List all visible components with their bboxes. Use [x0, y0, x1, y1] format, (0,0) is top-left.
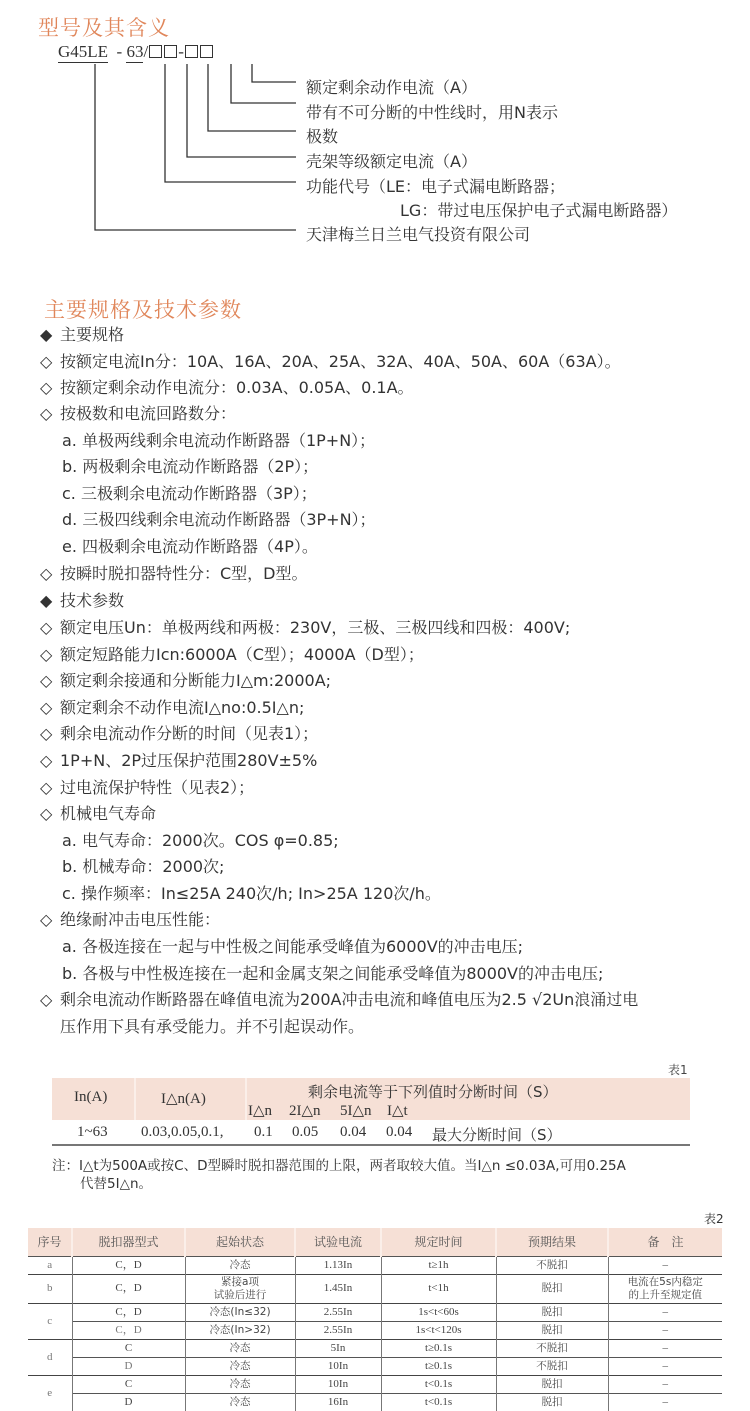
open-diamond-icon: ◇ — [40, 698, 60, 718]
tech-param-item: ◇额定剩余不动作电流I△no:0.5I△n; — [40, 698, 304, 718]
table1-header-idn: I△n(A) — [161, 1089, 206, 1108]
surge-item: ◇剩余电流动作断路器在峰值电流为200A冲击电流和峰值电压为2.5 √2Un浪涌… — [40, 990, 638, 1010]
cell-state: 冷态(In>32) — [185, 1321, 295, 1339]
table2-header: 序号 — [28, 1228, 72, 1256]
cell-time: t<1h — [381, 1274, 496, 1303]
cell-type: C，D — [72, 1256, 185, 1274]
table1-cell-value: 0.04 — [340, 1124, 366, 1141]
table1-cell-desc: 最大分断时间（S） — [432, 1124, 562, 1145]
cell-current: 2.55In — [295, 1321, 381, 1339]
table1-sub-header: I△t — [387, 1101, 408, 1120]
leader-line-neutral — [231, 64, 296, 103]
table1-bottom-rule — [52, 1144, 690, 1146]
table-row: c C，D 冷态(In≤32) 2.55In 1s<t<60s 脱扣 – — [28, 1303, 722, 1321]
cell-state: 紧接a项 试验后进行 — [185, 1274, 295, 1303]
table1-sub-header: I△n — [248, 1101, 272, 1120]
open-diamond-icon: ◇ — [40, 618, 60, 638]
life-item: b. 机械寿命：2000次; — [62, 857, 224, 877]
tech-param-item: ◇1P+N、2P过压保护范围280V±5% — [40, 751, 317, 771]
cell-result: 脱扣 — [496, 1274, 608, 1303]
open-diamond-icon: ◇ — [40, 751, 60, 771]
cell-state: 冷态 — [185, 1357, 295, 1375]
open-diamond-icon: ◇ — [40, 724, 60, 744]
cell-time: t<0.1s — [381, 1375, 496, 1393]
cell-current: 5In — [295, 1339, 381, 1357]
table-row: a C，D 冷态 1.13In t≥1h 不脱扣 – — [28, 1256, 722, 1274]
cell-type: D — [72, 1357, 185, 1375]
cell-time: t≥0.1s — [381, 1357, 496, 1375]
open-diamond-icon: ◇ — [40, 564, 60, 584]
table1-header-span: 剩余电流等于下列值时分断时间（S） — [308, 1081, 558, 1102]
table-row: d C 冷态 5In t≥0.1s 不脱扣 – — [28, 1339, 722, 1357]
table1-cell-value: 0.05 — [292, 1124, 318, 1141]
tech-param-item: ◇额定短路能力Icn:6000A（C型）；4000A（D型）； — [40, 645, 424, 665]
cell-type: C，D — [72, 1321, 185, 1339]
table1-sub-header: 2I△n — [289, 1101, 321, 1120]
cell-seq: d — [28, 1339, 72, 1375]
table2-header: 预期结果 — [496, 1228, 608, 1256]
tech-param-item: ◇剩余电流动作分断的时间（见表1）； — [40, 724, 318, 744]
table-row: D 冷态 10In t≥0.1s 不脱扣 – — [28, 1357, 722, 1375]
insulation-item: b. 各极与中性极连接在一起和金属支架之间能承受峰值为8000V的冲击电压; — [62, 964, 603, 984]
cell-remark: – — [608, 1375, 722, 1393]
table1-cell-idn: 0.03,0.05,0.1, — [141, 1124, 224, 1141]
cell-remark: 电流在5s内稳定 的上升至规定值 — [608, 1274, 722, 1303]
cell-current: 1.45In — [295, 1274, 381, 1303]
spec-item: ◇按极数和电流回路数分： — [40, 404, 236, 424]
cell-seq: a — [28, 1256, 72, 1274]
table2: 序号 脱扣器型式 起始状态 试验电流 规定时间 预期结果 备 注 a C，D 冷… — [28, 1228, 722, 1411]
open-diamond-icon: ◇ — [40, 671, 60, 691]
table-row: b C，D 紧接a项 试验后进行 1.45In t<1h 脱扣 电流在5s内稳定… — [28, 1274, 722, 1303]
filled-diamond-icon: ◆ — [40, 591, 60, 611]
note-line: 代替5I△n。 — [52, 1175, 732, 1193]
cell-time: t≥1h — [381, 1256, 496, 1274]
cell-time: 1s<t<120s — [381, 1321, 496, 1339]
cell-remark: – — [608, 1339, 722, 1357]
heading-insulation: ◇绝缘耐冲击电压性能： — [40, 910, 220, 930]
filled-diamond-icon: ◆ — [40, 325, 60, 345]
table1-sub-header: 5I△n — [340, 1101, 372, 1120]
legend-residual-current: 额定剩余动作电流（A） — [306, 75, 477, 98]
open-diamond-icon: ◇ — [40, 404, 60, 424]
cell-remark: – — [608, 1321, 722, 1339]
cell-state: 冷态 — [185, 1375, 295, 1393]
table1: In(A) I△n(A) 剩余电流等于下列值时分断时间（S） I△n 2I△n … — [52, 1078, 690, 1146]
cell-type: C，D — [72, 1303, 185, 1321]
cell-remark: – — [608, 1357, 722, 1375]
cell-result: 脱扣 — [496, 1375, 608, 1393]
table2-header: 起始状态 — [185, 1228, 295, 1256]
legend-manufacturer: 天津梅兰日兰电气投资有限公司 — [306, 222, 530, 245]
cell-current: 10In — [295, 1375, 381, 1393]
leader-line-manufacturer — [95, 64, 296, 230]
cell-result: 不脱扣 — [496, 1339, 608, 1357]
pole-type-item: d. 三极四线剩余电流动作断路器（3P+N）； — [62, 510, 376, 530]
cell-result: 脱扣 — [496, 1321, 608, 1339]
spec-item: ◇按瞬时脱扣器特性分：C型，D型。 — [40, 564, 308, 584]
open-diamond-icon: ◇ — [40, 645, 60, 665]
table2-header-row: 序号 脱扣器型式 起始状态 试验电流 规定时间 预期结果 备 注 — [28, 1228, 722, 1256]
leader-line-frame-current — [187, 64, 296, 157]
pole-type-item: c. 三极剩余电流动作断路器（3P）； — [62, 484, 317, 504]
surge-item-continued: 压作用下具有承受能力。并不引起误动作。 — [60, 1017, 364, 1037]
table-row: D 冷态 16In t<0.1s 脱扣 – — [28, 1393, 722, 1411]
pole-type-item: b. 两极剩余电流动作断路器（2P）； — [62, 457, 318, 477]
spec-item: ◇按额定剩余动作电流分：0.03A、0.05A、0.1A。 — [40, 378, 414, 398]
heading-main-specs: ◆主要规格 — [40, 325, 124, 345]
legend-function-code-lg: LG：带过电压保护电子式漏电断路器） — [400, 198, 677, 221]
cell-type: C — [72, 1339, 185, 1357]
cell-result: 脱扣 — [496, 1393, 608, 1411]
life-item: c. 操作频率：In≤25A 240次/h; In>25A 120次/h。 — [62, 884, 441, 904]
cell-seq: e — [28, 1375, 72, 1411]
note-line: 注：I△t为500A或按C、D型瞬时脱扣器范围的上限，两者取较大值。当I△n ≤… — [52, 1158, 626, 1174]
cell-result: 脱扣 — [496, 1303, 608, 1321]
cell-state: 冷态 — [185, 1256, 295, 1274]
legend-function-code: 功能代号（LE：电子式漏电断路器； — [306, 174, 565, 197]
table1-cell-value: 0.04 — [386, 1124, 412, 1141]
cell-seq: c — [28, 1303, 72, 1339]
heading-tech-params: ◆技术参数 — [40, 591, 124, 611]
cell-time: 1s<t<60s — [381, 1303, 496, 1321]
legend-poles: 极数 — [306, 124, 338, 147]
table-row: e C 冷态 10In t<0.1s 脱扣 – — [28, 1375, 722, 1393]
table1-header-in: In(A) — [74, 1089, 107, 1106]
open-diamond-icon: ◇ — [40, 990, 60, 1010]
cell-remark: – — [608, 1256, 722, 1274]
cell-time: t<0.1s — [381, 1393, 496, 1411]
spec-item: ◇按额定电流In分：10A、16A、20A、25A、32A、40A、50A、60… — [40, 352, 621, 372]
cell-state: 冷态 — [185, 1339, 295, 1357]
open-diamond-icon: ◇ — [40, 352, 60, 372]
cell-result: 不脱扣 — [496, 1256, 608, 1274]
table2-header: 备 注 — [608, 1228, 722, 1256]
tech-param-item: ◇额定电压Un：单极两线和两极：230V，三极、三极四线和四极：400V; — [40, 618, 570, 638]
cell-type: D — [72, 1393, 185, 1411]
cell-current: 1.13In — [295, 1256, 381, 1274]
legend-frame-current: 壳架等级额定电流（A） — [306, 149, 477, 172]
cell-result: 不脱扣 — [496, 1357, 608, 1375]
cell-type: C，D — [72, 1274, 185, 1303]
section-title-specs: 主要规格及技术参数 — [44, 294, 242, 324]
open-diamond-icon: ◇ — [40, 378, 60, 398]
open-diamond-icon: ◇ — [40, 910, 60, 930]
table2-header: 脱扣器型式 — [72, 1228, 185, 1256]
insulation-item: a. 各极连接在一起与中性极之间能承受峰值为6000V的冲击电压; — [62, 937, 523, 957]
table1-cell-in: 1~63 — [77, 1124, 108, 1141]
cell-current: 16In — [295, 1393, 381, 1411]
cell-type: C — [72, 1375, 185, 1393]
cell-state: 冷态(In≤32) — [185, 1303, 295, 1321]
cell-remark: – — [608, 1303, 722, 1321]
cell-seq: b — [28, 1274, 72, 1303]
tech-param-item: ◇过电流保护特性（见表2）； — [40, 778, 254, 798]
pole-type-item: e. 四极剩余电流动作断路器（4P）。 — [62, 537, 318, 557]
leader-line-residual-current — [252, 64, 296, 82]
tech-param-item: ◇额定剩余接通和分断能力I△m:2000A; — [40, 671, 331, 691]
cell-time: t≥0.1s — [381, 1339, 496, 1357]
table1-note: 注：I△t为500A或按C、D型瞬时脱扣器范围的上限，两者取较大值。当I△n ≤… — [52, 1157, 732, 1193]
life-item: a. 电气寿命：2000次。COS φ=0.85; — [62, 831, 339, 851]
table1-label: 表1 — [668, 1061, 688, 1078]
cell-state: 冷态 — [185, 1393, 295, 1411]
pole-type-item: a. 单极两线剩余电流动作断路器（1P+N）； — [62, 431, 375, 451]
cell-remark: – — [608, 1393, 722, 1411]
table2-header: 规定时间 — [381, 1228, 496, 1256]
open-diamond-icon: ◇ — [40, 804, 60, 824]
table1-cell-value: 0.1 — [254, 1124, 273, 1141]
table-row: C，D 冷态(In>32) 2.55In 1s<t<120s 脱扣 – — [28, 1321, 722, 1339]
tech-param-item: ◇机械电气寿命 — [40, 804, 156, 824]
open-diamond-icon: ◇ — [40, 778, 60, 798]
cell-current: 10In — [295, 1357, 381, 1375]
table2-header: 试验电流 — [295, 1228, 381, 1256]
cell-current: 2.55In — [295, 1303, 381, 1321]
legend-neutral: 带有不可分断的中性线时，用N表示 — [306, 100, 558, 123]
table2-label: 表2 — [704, 1210, 724, 1227]
